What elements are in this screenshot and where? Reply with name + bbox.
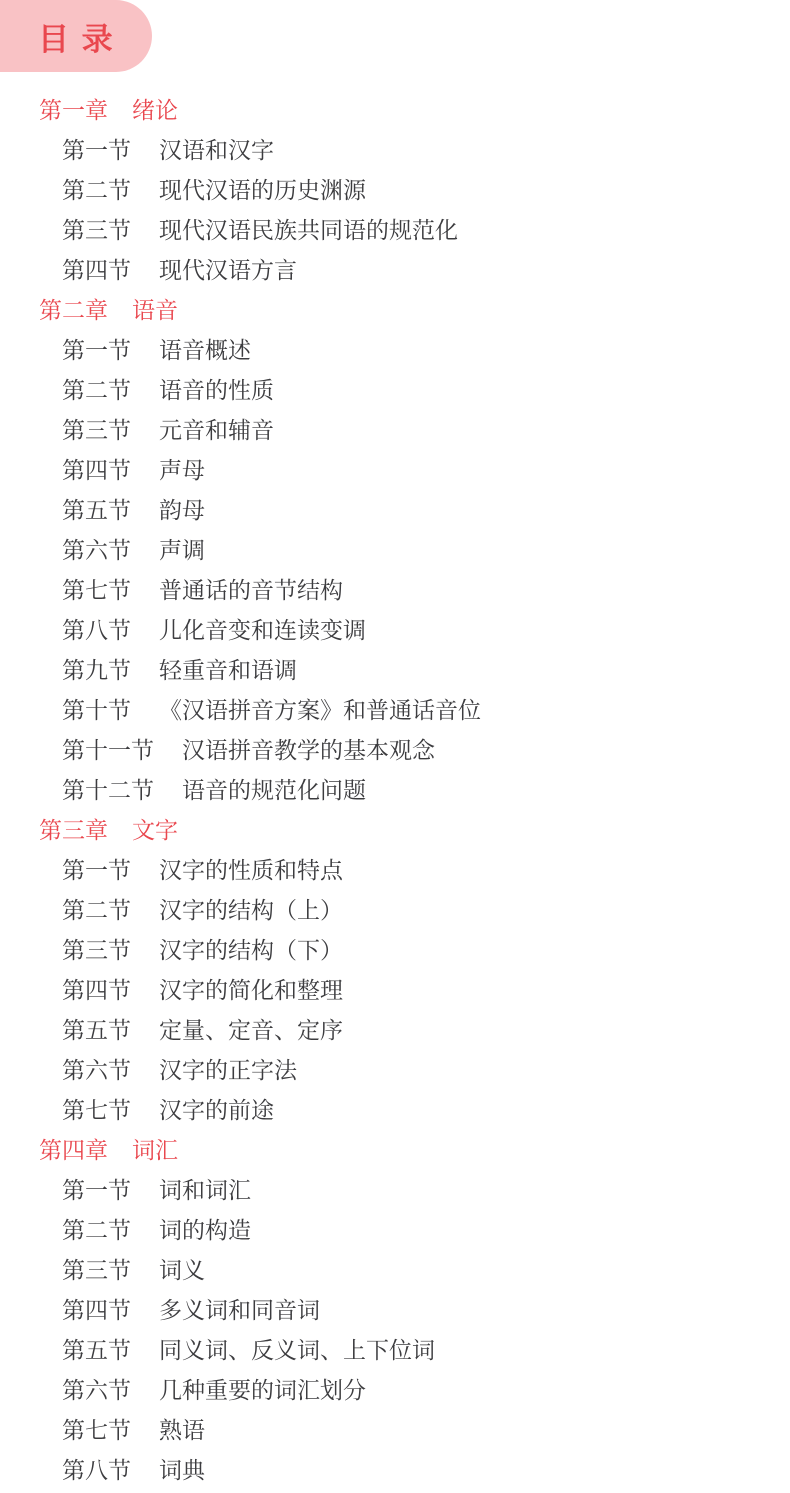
toc-section: 第三节词义 [0, 1250, 790, 1290]
toc-section: 第一节语音概述 [0, 330, 790, 370]
toc-section: 第二节现代汉语的历史渊源 [0, 170, 790, 210]
section-number: 第十一节 [62, 737, 154, 763]
toc-chapter-3: 第三章文字 [0, 810, 790, 850]
section-title: 汉字的简化和整理 [159, 977, 343, 1003]
section-title: 词义 [159, 1257, 205, 1283]
section-title: 定量、定音、定序 [159, 1017, 343, 1043]
chapter-number: 第二章 [39, 297, 108, 323]
section-number: 第四节 [62, 457, 131, 483]
section-number: 第七节 [62, 1097, 131, 1123]
section-title: 普通话的音节结构 [159, 577, 343, 603]
toc-section: 第六节几种重要的词汇划分 [0, 1370, 790, 1410]
section-title: 韵母 [159, 497, 205, 523]
section-title: 熟语 [159, 1417, 205, 1443]
chapter-title: 词汇 [132, 1137, 178, 1163]
toc-section: 第七节普通话的音节结构 [0, 570, 790, 610]
section-title: 汉字的正字法 [159, 1057, 297, 1083]
section-number: 第十节 [62, 697, 131, 723]
section-number: 第三节 [62, 217, 131, 243]
chapter-title: 文字 [132, 817, 178, 843]
section-number: 第三节 [62, 937, 131, 963]
section-number: 第一节 [62, 337, 131, 363]
toc-section: 第三节元音和辅音 [0, 410, 790, 450]
section-title: 儿化音变和连读变调 [159, 617, 366, 643]
section-title: 多义词和同音词 [159, 1297, 320, 1323]
section-number: 第八节 [62, 617, 131, 643]
section-number: 第三节 [62, 1257, 131, 1283]
section-title: 声母 [159, 457, 205, 483]
section-title: 汉字的结构（下） [159, 937, 343, 963]
toc-chapter-2: 第二章语音 [0, 290, 790, 330]
section-title: 语音概述 [159, 337, 251, 363]
toc-section: 第五节韵母 [0, 490, 790, 530]
section-title: 语音的性质 [159, 377, 274, 403]
section-title: 同义词、反义词、上下位词 [159, 1337, 435, 1363]
toc-section: 第七节汉字的前途 [0, 1090, 790, 1130]
section-title: 汉字的前途 [159, 1097, 274, 1123]
section-number: 第一节 [62, 857, 131, 883]
toc-section: 第四节声母 [0, 450, 790, 490]
section-title: 几种重要的词汇划分 [159, 1377, 366, 1403]
toc-section: 第八节词典 [0, 1450, 790, 1490]
section-title: 汉语和汉字 [159, 137, 274, 163]
toc-section: 第一节汉语和汉字 [0, 130, 790, 170]
toc-section: 第二节词的构造 [0, 1210, 790, 1250]
section-title: 现代汉语方言 [159, 257, 297, 283]
toc-section: 第八节儿化音变和连读变调 [0, 610, 790, 650]
section-title: 汉字的性质和特点 [159, 857, 343, 883]
toc-section: 第六节汉字的正字法 [0, 1050, 790, 1090]
section-title: 汉语拼音教学的基本观念 [182, 737, 435, 763]
toc-section: 第一节汉字的性质和特点 [0, 850, 790, 890]
toc-section: 第五节定量、定音、定序 [0, 1010, 790, 1050]
section-number: 第七节 [62, 1417, 131, 1443]
toc-section: 第三节汉字的结构（下） [0, 930, 790, 970]
toc-section: 第十二节语音的规范化问题 [0, 770, 790, 810]
chapter-number: 第三章 [39, 817, 108, 843]
section-number: 第二节 [62, 897, 131, 923]
section-number: 第四节 [62, 257, 131, 283]
page-title: 目 录 [38, 14, 115, 59]
section-title: 《汉语拼音方案》和普通话音位 [159, 697, 481, 723]
section-number: 第三节 [62, 417, 131, 443]
section-number: 第六节 [62, 1057, 131, 1083]
table-of-contents: 第一章绪论 第一节汉语和汉字 第二节现代汉语的历史渊源 第三节现代汉语民族共同语… [0, 90, 790, 1490]
section-number: 第五节 [62, 497, 131, 523]
toc-section: 第九节轻重音和语调 [0, 650, 790, 690]
section-title: 现代汉语的历史渊源 [159, 177, 366, 203]
section-title: 现代汉语民族共同语的规范化 [159, 217, 458, 243]
toc-section: 第二节汉字的结构（上） [0, 890, 790, 930]
section-number: 第六节 [62, 1377, 131, 1403]
toc-section: 第四节多义词和同音词 [0, 1290, 790, 1330]
section-title: 轻重音和语调 [159, 657, 297, 683]
section-number: 第四节 [62, 977, 131, 1003]
section-title: 词典 [159, 1457, 205, 1483]
chapter-number: 第一章 [39, 97, 108, 123]
toc-section: 第一节词和词汇 [0, 1170, 790, 1210]
section-title: 元音和辅音 [159, 417, 274, 443]
toc-ribbon-badge: 目 录 [0, 0, 152, 72]
toc-section: 第三节现代汉语民族共同语的规范化 [0, 210, 790, 250]
section-title: 语音的规范化问题 [182, 777, 366, 803]
toc-section: 第七节熟语 [0, 1410, 790, 1450]
section-number: 第九节 [62, 657, 131, 683]
section-number: 第七节 [62, 577, 131, 603]
section-number: 第二节 [62, 1217, 131, 1243]
section-title: 汉字的结构（上） [159, 897, 343, 923]
chapter-title: 绪论 [132, 97, 178, 123]
toc-section: 第六节声调 [0, 530, 790, 570]
section-number: 第二节 [62, 177, 131, 203]
section-number: 第十二节 [62, 777, 154, 803]
section-number: 第二节 [62, 377, 131, 403]
section-number: 第五节 [62, 1017, 131, 1043]
toc-section: 第十节《汉语拼音方案》和普通话音位 [0, 690, 790, 730]
section-number: 第五节 [62, 1337, 131, 1363]
chapter-number: 第四章 [39, 1137, 108, 1163]
toc-section: 第四节汉字的简化和整理 [0, 970, 790, 1010]
section-number: 第八节 [62, 1457, 131, 1483]
section-title: 词和词汇 [159, 1177, 251, 1203]
toc-section: 第十一节汉语拼音教学的基本观念 [0, 730, 790, 770]
section-title: 声调 [159, 537, 205, 563]
chapter-title: 语音 [132, 297, 178, 323]
section-number: 第四节 [62, 1297, 131, 1323]
toc-chapter-1: 第一章绪论 [0, 90, 790, 130]
section-title: 词的构造 [159, 1217, 251, 1243]
section-number: 第一节 [62, 1177, 131, 1203]
toc-section: 第二节语音的性质 [0, 370, 790, 410]
toc-section: 第五节同义词、反义词、上下位词 [0, 1330, 790, 1370]
toc-section: 第四节现代汉语方言 [0, 250, 790, 290]
toc-chapter-4: 第四章词汇 [0, 1130, 790, 1170]
section-number: 第六节 [62, 537, 131, 563]
section-number: 第一节 [62, 137, 131, 163]
